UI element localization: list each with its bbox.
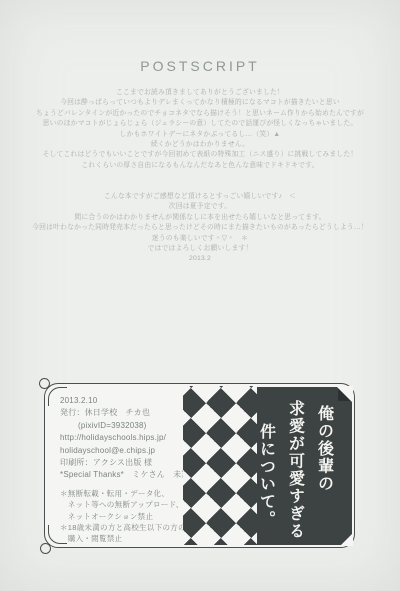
postscript-line: 次回は夏予定です。 <box>20 202 380 212</box>
colophon-pixiv-id: (pixivID=3932038) <box>60 420 190 432</box>
notice-line: 購入・閲覧禁止 <box>60 533 190 544</box>
notice-line: ネットオークション禁止 <box>60 511 190 522</box>
postscript-line-blank <box>20 171 380 181</box>
postscript-text-block: ここまでお読み頂きましてありがとうございました！ 今回は酔っぱらっていつもよりデ… <box>20 88 380 265</box>
postscript-line: 続くかどうかはわかりません。 <box>20 140 380 150</box>
postscript-line: 今回は酔っぱらっていつもよりデレまくってかなり積極的になるマコトが描きたいと思い <box>20 98 380 108</box>
colophon-text: 2013.2.10 発行：休日学校 チカ也 (pixivID=3932038) … <box>60 395 190 545</box>
postscript-line-blank <box>20 182 380 192</box>
title-column: 求愛が可愛すぎる <box>284 400 307 540</box>
colophon-email: holidayschool@e.chips.jp <box>60 445 190 457</box>
notice-line: ＊18歳未満の方と高校生以下の方の <box>60 522 190 533</box>
postscript-line: 間に合うのかはわかりませんが関係なしに本を出せたら嬉しいなと思ってます。 <box>20 213 380 223</box>
colophon-date: 2013.2.10 <box>60 395 190 407</box>
page-title: POSTSCRIPT <box>0 58 400 74</box>
postscript-line: ここまでお読み頂きましてありがとうございました！ <box>20 88 380 98</box>
postscript-line: 迷うのも楽しいです＾▽＾ ＊ <box>20 234 380 244</box>
corner-notch <box>340 533 353 546</box>
postscript-line: 思いのほかマコトがじょらじょら（ジェラシーの意）してたので話運びが怪しくなっちゃ… <box>20 119 380 129</box>
postscript-line: ではではよろしくお願いします！ <box>20 244 380 254</box>
postscript-line: ちょうどバレンタインが近かったのでチョコネタでなら描けそう！と思いネーム作りから… <box>20 109 380 119</box>
title-column: 件について。 <box>255 423 278 528</box>
postscript-line: そしてこれはどうでもいいことですが今回初めて表紙の特殊加工（ニス盛り）に挑戦して… <box>20 150 380 160</box>
postscript-line: しかもホワイトデーにネタかぶってるし…（笑）▲ <box>20 130 380 140</box>
notice-line: ネット等への無断アップロード、 <box>60 499 190 510</box>
title-column: 俺の後輩の <box>313 405 336 493</box>
colophon-notices: ＊無断転載・転用・データ化、 ネット等への無断アップロード、 ネットオークション… <box>60 488 190 545</box>
colophon-special-thanks: *Special Thanks* ミケさん 未翔路さん <box>60 469 190 481</box>
postscript-page: POSTSCRIPT ここまでお読み頂きましてありがとうございました！ 今回は酔… <box>0 0 400 591</box>
frame-corner-curl <box>40 543 51 554</box>
frame-corner-curl <box>39 378 50 389</box>
page-fold-corner-icon <box>336 386 353 403</box>
postscript-line: こんな本ですがご感想など頂けるとすっごい嬉しいです♪ ＜ <box>20 192 380 202</box>
postscript-date: 2013.2 <box>20 254 380 264</box>
postscript-line: これくらいの厚さ自由になるもんなんだなあと色んな意味でドキドキです。 <box>20 161 380 171</box>
postscript-line: 今回は叶わなかった同時発売本だったらと思ったけどその時にまた描きたいものがあった… <box>20 223 380 233</box>
notice-line: ＊無断転載・転用・データ化、 <box>60 488 190 499</box>
colophon-publisher: 発行：休日学校 チカ也 <box>60 407 190 419</box>
colophon-box: 2013.2.10 発行：休日学校 チカ也 (pixivID=3932038) … <box>44 383 355 548</box>
book-title-vertical: 俺の後輩の 求愛が可愛すぎる 件について。 <box>249 387 336 545</box>
title-panel: 俺の後輩の 求愛が可愛すぎる 件について。 <box>257 387 352 545</box>
colophon-url: http://holidayschools.hips.jp/ <box>60 432 190 444</box>
colophon-printer: 印刷所：アクシス出版 様 <box>60 457 190 469</box>
